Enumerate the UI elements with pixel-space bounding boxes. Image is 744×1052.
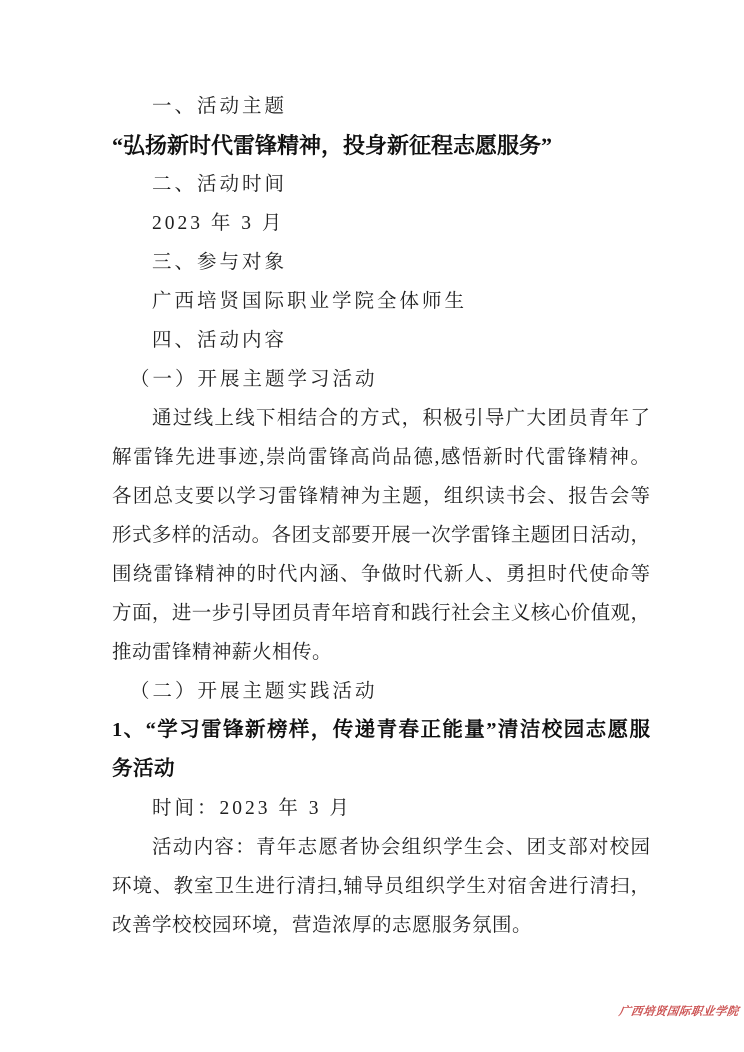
school-watermark: 广西培贤国际职业学院	[618, 1003, 740, 1019]
activity-time-value: 2023 年 3 月	[112, 204, 650, 243]
heading-section-1-activity-theme: 一、活动主题	[112, 87, 650, 126]
study-paragraph-line-2: 解雷锋先进事迹,崇尚雷锋高尚品德,感悟新时代雷锋精神。	[112, 438, 650, 477]
study-paragraph-line-7: 推动雷锋精神薪火相传。	[112, 633, 650, 672]
practice-item-1-title-line-1: 1、“学习雷锋新榜样，传递青春正能量”清洁校园志愿服	[112, 711, 650, 750]
heading-section-3-participants: 三、参与对象	[112, 243, 650, 282]
practice-item-1-content-line-1: 活动内容：青年志愿者协会组织学生会、团支部对校园	[112, 828, 650, 867]
theme-title: “弘扬新时代雷锋精神，投身新征程志愿服务”	[112, 126, 650, 165]
document-page: 一、活动主题 “弘扬新时代雷锋精神，投身新征程志愿服务” 二、活动时间 2023…	[0, 0, 744, 1052]
study-paragraph-line-4: 形式多样的活动。各团支部要开展一次学雷锋主题团日活动，	[112, 516, 650, 555]
participants-value: 广西培贤国际职业学院全体师生	[112, 282, 650, 321]
study-paragraph-line-1: 通过线上线下相结合的方式，积极引导广大团员青年了	[112, 399, 650, 438]
practice-item-1-content-line-3: 改善学校校园环境，营造浓厚的志愿服务氛围。	[112, 906, 650, 945]
heading-section-2-activity-time: 二、活动时间	[112, 165, 650, 204]
heading-section-4-activity-content: 四、活动内容	[112, 321, 650, 360]
practice-item-1-title-line-2: 务活动	[112, 750, 650, 789]
subheading-study-activity: （一）开展主题学习活动	[112, 360, 650, 399]
study-paragraph-line-3: 各团总支要以学习雷锋精神为主题，组织读书会、报告会等	[112, 477, 650, 516]
subheading-practice-activity: （二）开展主题实践活动	[112, 672, 650, 711]
practice-item-1-time: 时间：2023 年 3 月	[112, 789, 650, 828]
study-paragraph-line-6: 方面，进一步引导团员青年培育和践行社会主义核心价值观，	[112, 594, 650, 633]
document-content: 一、活动主题 “弘扬新时代雷锋精神，投身新征程志愿服务” 二、活动时间 2023…	[112, 87, 650, 945]
practice-item-1-content-line-2: 环境、教室卫生进行清扫,辅导员组织学生对宿舍进行清扫，	[112, 867, 650, 906]
study-paragraph-line-5: 围绕雷锋精神的时代内涵、争做时代新人、勇担时代使命等	[112, 555, 650, 594]
